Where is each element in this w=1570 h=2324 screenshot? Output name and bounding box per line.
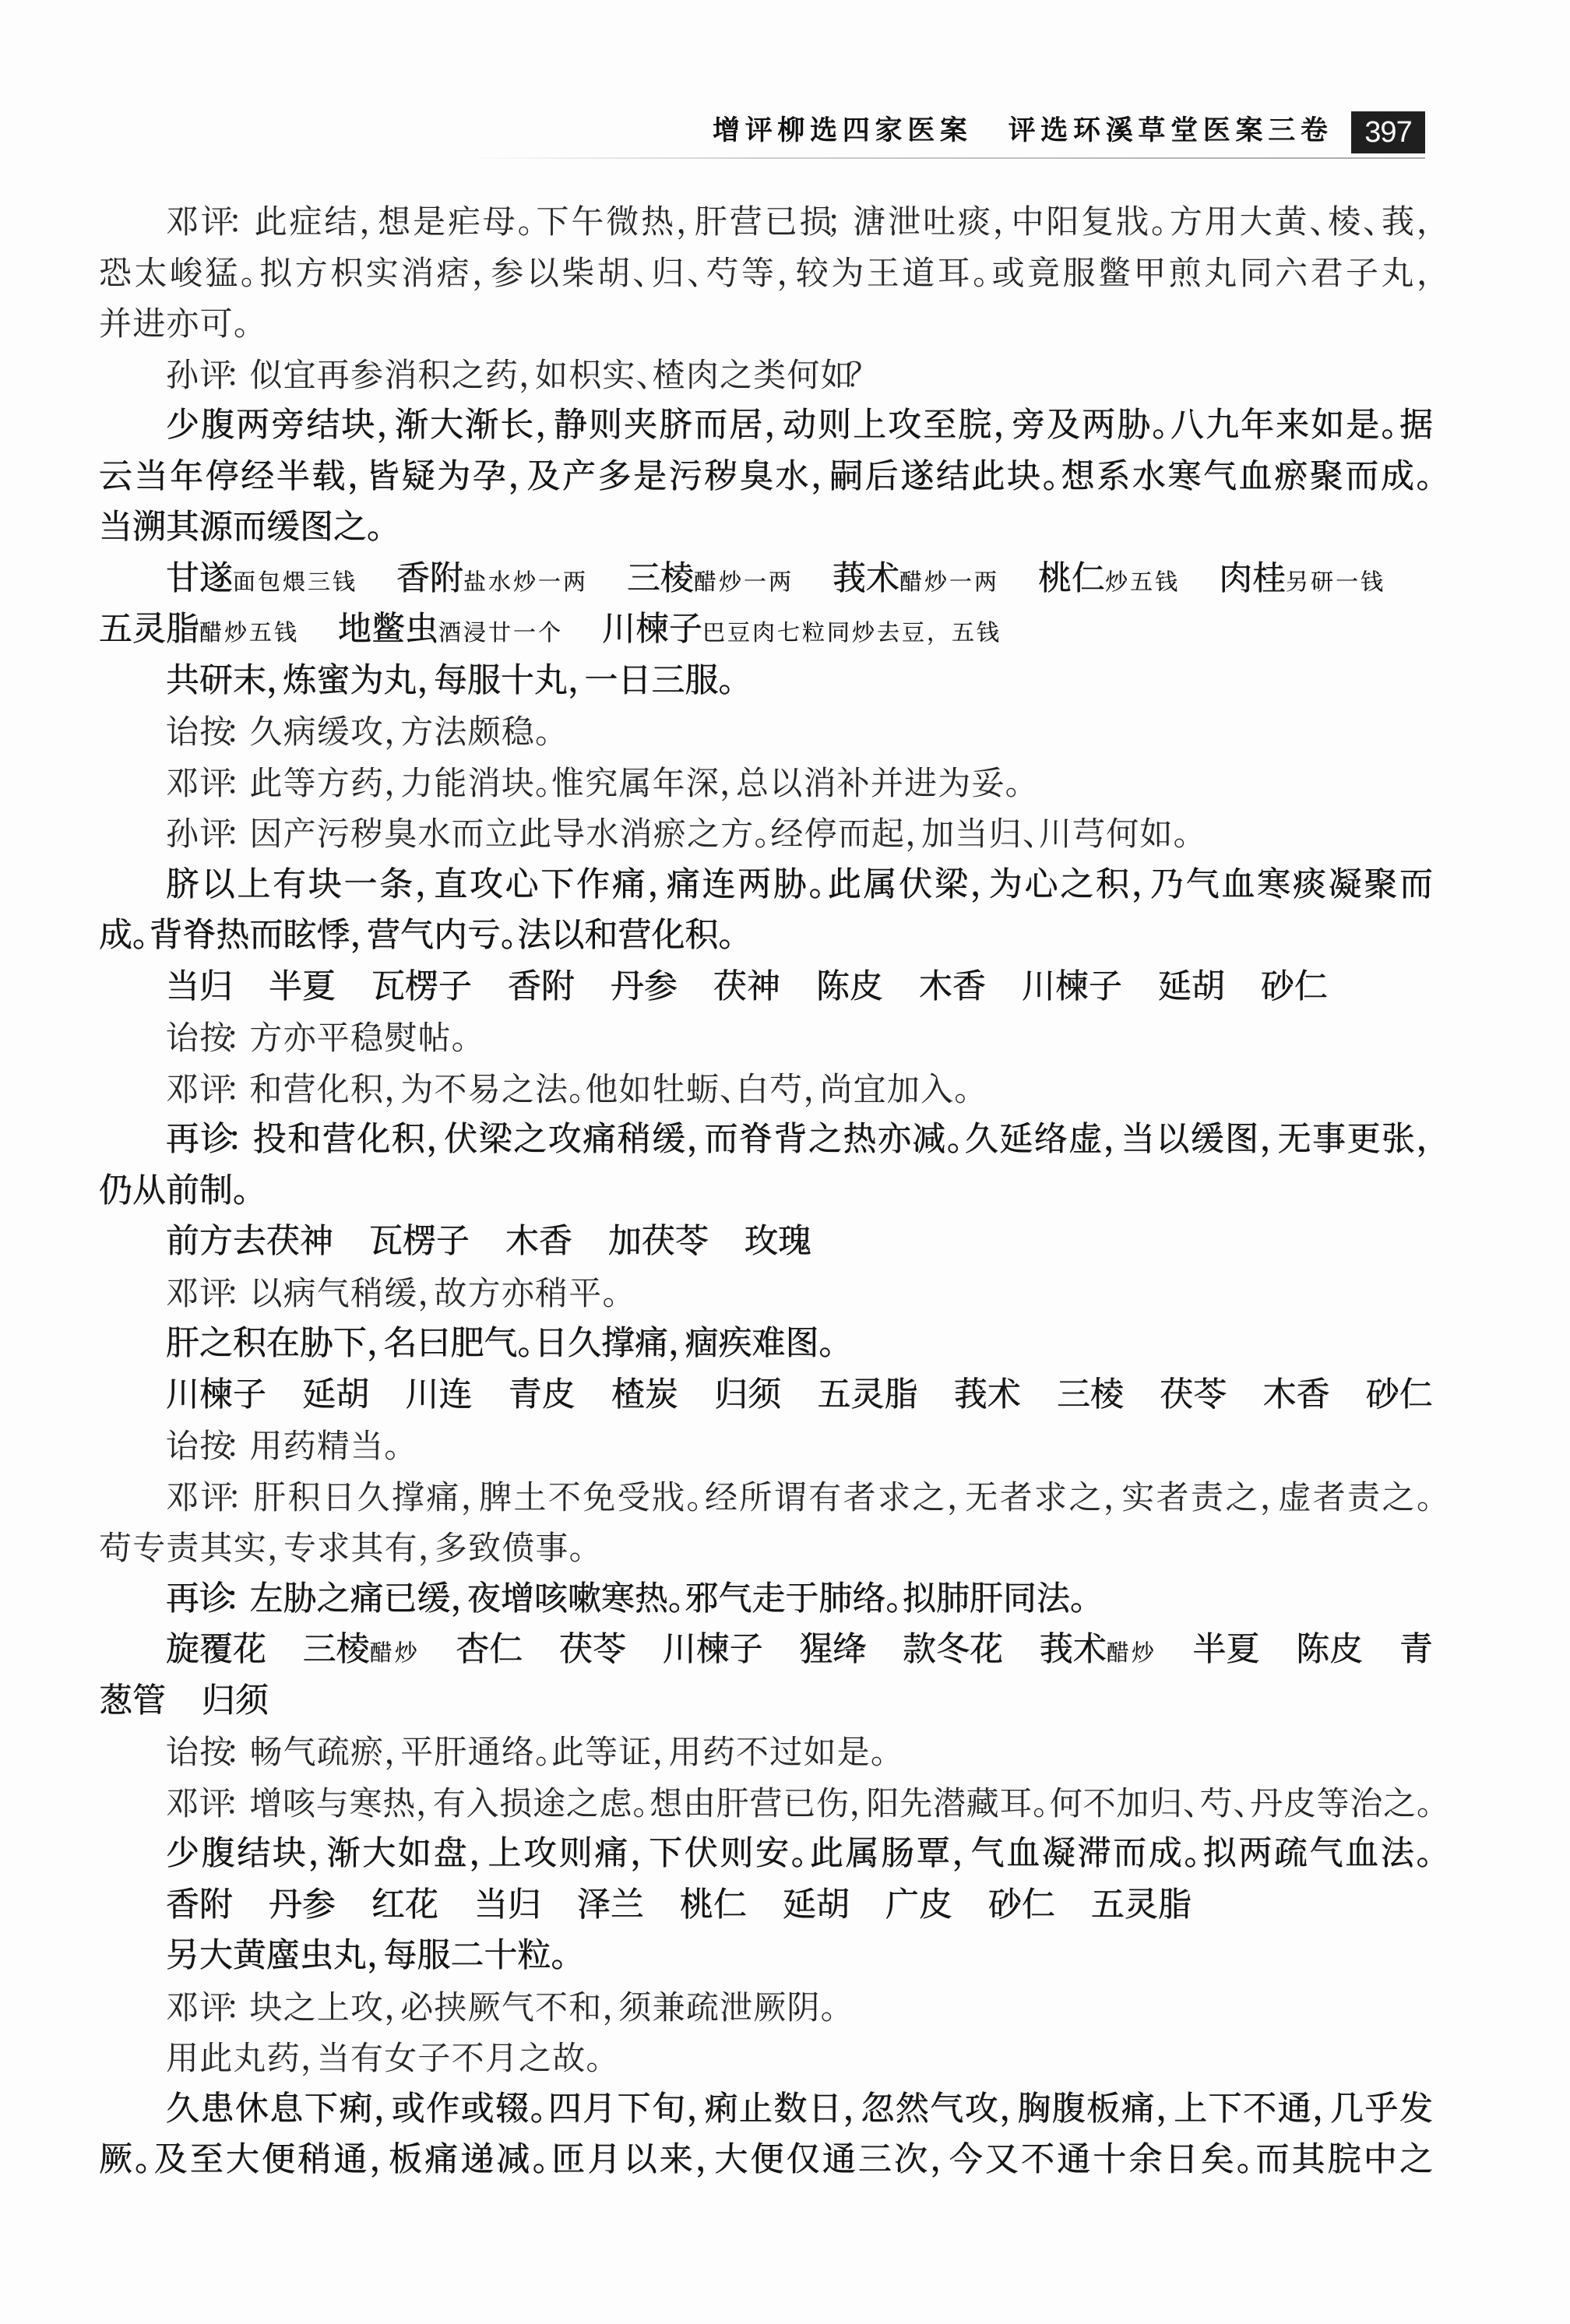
punctuation-mark: 。 [367, 502, 384, 554]
herb-item: 款冬花 [903, 1625, 1003, 1676]
punctuation-mark: ， [384, 706, 400, 758]
herb-item: 延胡 [302, 1370, 369, 1421]
header-rule [467, 157, 1425, 159]
herb-item: 莪术醋炒一两 [833, 554, 999, 608]
herb-preparation-note: 醋炒 [1107, 1639, 1156, 1666]
punctuation-mark: ， [367, 1319, 384, 1370]
punctuation-mark: 。 [1151, 196, 1167, 248]
punctuation-mark: ， [1104, 1472, 1120, 1523]
punctuation-mark: 。 [518, 1319, 535, 1370]
herb-item: 茯神 [713, 962, 780, 1013]
punctuation-mark: 。 [384, 1421, 400, 1472]
pill-instruction-line: 另大黄䗪虫丸，每服二十粒。 [99, 1931, 1433, 1982]
punctuation-mark: ， [384, 1727, 400, 1778]
herb-name: 肉桂 [1219, 559, 1286, 598]
punctuation-mark: 。 [551, 1931, 569, 1982]
herb-item: 加茯苓 [608, 1217, 709, 1268]
herb-name: 砂仁 [1366, 1375, 1433, 1414]
herb-name: 葱管 [99, 1681, 166, 1720]
punctuation-mark: 。 [533, 2135, 550, 2186]
herb-item: 三棱醋炒一两 [627, 554, 794, 608]
herb-item: 木香 [505, 1217, 572, 1268]
punctuation-mark: 。 [1033, 1778, 1049, 1829]
punctuation-mark: ： [233, 1727, 249, 1778]
deng-comment: 邓评：此症结，想是疟母。下午微热，肝营已损；溏泄吐痰，中阳复戕。方用大黄、棱、莪… [99, 196, 1433, 350]
punctuation-mark: 。 [1417, 1829, 1434, 1880]
herb-item: 半夏 [269, 962, 336, 1013]
herb-name: 川楝子 [663, 1630, 763, 1669]
follow-up-visit-line: 再诊：投和营化积，伏梁之攻痛稍缓，而脊背之热亦减。久延络虚，当以缓图，无事更张， [99, 1114, 1433, 1166]
punctuation-mark: 、 [687, 248, 703, 299]
punctuation-mark: ： [233, 1574, 250, 1625]
punctuation-mark: 。 [954, 1064, 970, 1115]
prescription-row: 当归 半夏 瓦楞子 香附 丹参 茯神 陈皮 木香 川楝子 延胡 砂仁 [99, 962, 1433, 1013]
herb-name: 青 [1399, 1630, 1433, 1669]
punctuation-mark: 、 [632, 248, 649, 299]
punctuation-mark: ， [1417, 1114, 1434, 1166]
section-title: 评选环溪草堂医案三卷 [1009, 115, 1333, 146]
herb-item: 莪术醋炒 [1040, 1625, 1156, 1679]
punctuation-mark: ： [233, 1778, 249, 1829]
herb-name: 香附 [508, 967, 575, 1006]
sun-comment-line: 孙评：似宜再参消积之药，如枳实、楂肉之类何如？ [99, 350, 1433, 401]
herb-item: 香附 [166, 1880, 233, 1931]
punctuation-mark: ， [776, 248, 793, 299]
comment-line: 用此丸药，当有女子不月之故。 [99, 2033, 1433, 2084]
herb-name: 川楝子 [1022, 967, 1122, 1006]
punctuation-mark: ： [233, 808, 249, 860]
punctuation-mark: 。 [530, 2084, 547, 2136]
herb-name: 川连 [406, 1375, 473, 1414]
herb-name: 半夏 [1193, 1630, 1260, 1669]
punctuation-mark: ， [535, 400, 552, 452]
punctuation-mark: 。 [241, 248, 257, 299]
punctuation-mark: ， [426, 1114, 443, 1166]
punctuation-mark: ， [472, 248, 488, 299]
herb-item: 砂仁 [988, 1880, 1055, 1931]
herb-name: 三棱 [303, 1630, 370, 1669]
punctuation-mark: ， [1260, 1472, 1276, 1523]
punctuation-mark: ， [843, 2084, 860, 2136]
herb-item: 前方去茯神 [166, 1217, 333, 1268]
punctuation-mark: ， [384, 1982, 400, 2033]
herb-item: 猩绛 [799, 1625, 866, 1676]
punctuation-mark: ， [416, 1778, 432, 1829]
herb-item: 木香 [1263, 1370, 1330, 1421]
prescription-modification-row: 前方去茯神 瓦楞子 木香 加茯苓 玫瑰 [99, 1217, 1433, 1268]
punctuation-mark: ， [687, 1114, 704, 1166]
prescription: 香附 丹参 红花 当归 泽兰 桃仁 延胡 广皮 砂仁 五灵脂 [99, 1880, 1433, 1931]
punctuation-mark: ， [1156, 2084, 1173, 2136]
punctuation-mark: ， [417, 656, 435, 707]
page-number-badge: 397 [1351, 111, 1425, 153]
punctuation-mark: 。 [602, 1268, 618, 1319]
running-header: 增评柳选四家医案评选环溪草堂医案三卷 [713, 110, 1333, 152]
herb-name: 莪术 [1040, 1630, 1107, 1669]
punctuation-mark: ， [417, 1268, 434, 1319]
herb-name: 砂仁 [1261, 967, 1328, 1006]
punctuation-mark: 。 [719, 910, 736, 962]
punctuation-mark: 。 [1185, 1829, 1202, 1880]
deng-comment-line: 邓评：以病气稍缓，故方亦稍平。 [99, 1268, 1433, 1319]
yi-annotation: 诒按：方亦平稳熨帖。 [99, 1012, 1433, 1064]
herb-name: 莪术 [833, 559, 899, 598]
herb-preparation-note: 醋炒五钱 [199, 619, 299, 646]
preparation-instruction-line: 共研末，炼蜜为丸，每服十丸，一日三服。 [99, 656, 1433, 707]
punctuation-mark: ， [1132, 860, 1149, 911]
herb-name: 青皮 [509, 1375, 576, 1414]
case-description-line: 少腹两旁结块，渐大渐长，静则夹脐而居，动则上攻至脘，旁及两胁。八九年来如是。据 [99, 400, 1433, 452]
punctuation-mark: 。 [871, 1727, 887, 1778]
herb-item: 丹参 [611, 962, 678, 1013]
punctuation-mark: 。 [586, 2033, 602, 2084]
herb-name: 前方去茯神 [166, 1222, 333, 1261]
punctuation-mark: ： [233, 1421, 249, 1472]
deng-comment: 邓评：块之上攻，必挟厥气不和，须兼疏泄厥阴。 [99, 1982, 1433, 2033]
yi-annotation: 诒按：用药精当。 [99, 1421, 1433, 1472]
punctuation-mark: 。 [947, 1114, 964, 1166]
punctuation-mark: 。 [668, 1574, 685, 1625]
prescription: 甘遂面包煨三钱 香附盐水炒一两 三棱醋炒一两 莪术醋炒一两 桃仁炒五钱 肉桂另研… [99, 554, 1433, 656]
punctuation-mark: ， [519, 350, 535, 401]
follow-up-visit: 再诊：左胁之痛已缓，夜增咳嗽寒热。邪气走于肺络。拟肺肝同法。 [99, 1574, 1433, 1625]
punctuation-mark: ， [970, 860, 987, 911]
follow-up-visit: 再诊：投和营化积，伏梁之攻痛稍缓，而脊背之热亦减。久延络虚，当以缓图，无事更张，… [99, 1114, 1433, 1217]
herb-name: 陈皮 [1296, 1630, 1363, 1669]
yi-annotation-line: 诒按：用药精当。 [99, 1421, 1433, 1472]
punctuation-mark: ， [993, 196, 1009, 248]
punctuation-mark: 。 [135, 2135, 152, 2186]
herb-name: 陈皮 [816, 967, 883, 1006]
herb-item: 瓦楞子 [371, 962, 472, 1013]
deng-comment-line: 邓评：肝积日久撑痛，脾土不免受戕。经所谓有者求之，无者求之，实者责之，虚者责之。 [99, 1472, 1433, 1523]
herb-name: 茯苓 [1160, 1375, 1227, 1414]
herb-name: 归须 [714, 1375, 781, 1414]
herb-item: 五灵脂 [818, 1370, 918, 1421]
punctuation-mark: ， [347, 452, 364, 503]
punctuation-mark: 、 [720, 1064, 736, 1115]
punctuation-mark: 。 [754, 808, 770, 860]
case-description-line: 厥。及至大便稍通，板痛递减。匝月以来，大便仅通三次，今又不通十余日矣。而其脘中之 [99, 2135, 1433, 2186]
punctuation-mark: 。 [518, 196, 534, 248]
herb-item: 川连 [406, 1370, 473, 1421]
herb-name: 砂仁 [988, 1886, 1055, 1924]
punctuation-mark: ， [415, 860, 432, 911]
herb-name: 木香 [919, 967, 986, 1006]
punctuation-mark: ， [266, 656, 283, 707]
case-description: 久患休息下痢，或作或辍。四月下旬，痢止数日，忽然气攻，胸腹板痛，上下不通，几乎发… [99, 2084, 1433, 2186]
punctuation-mark: 。 [973, 248, 989, 299]
herb-name: 茯神 [713, 967, 780, 1006]
punctuation-mark: ： [233, 1982, 249, 2033]
herb-item: 广皮 [885, 1880, 952, 1931]
case-description: 肝之积在胁下，名曰肥气。日久撑痛，痼疾难图。 [99, 1319, 1433, 1370]
herb-name: 加茯苓 [608, 1222, 709, 1261]
herb-item: 楂炭 [611, 1370, 678, 1421]
punctuation-mark: 、 [636, 350, 653, 401]
punctuation-mark: 、 [1233, 1778, 1249, 1829]
punctuation-mark: 。 [819, 1319, 836, 1370]
punctuation-mark: ： [233, 1064, 249, 1115]
punctuation-mark: ， [803, 1064, 819, 1115]
case-description-line: 云当年停经半载，皆疑为孕，及产多是污秽臭水，嗣后遂结此块。想系水寒气血瘀聚而成。 [99, 452, 1433, 503]
herb-item: 玫瑰 [745, 1217, 811, 1268]
herb-name: 三棱 [1057, 1375, 1124, 1414]
yi-annotation-line: 诒按：方亦平稳熨帖。 [99, 1012, 1433, 1064]
punctuation-mark: 。 [1417, 1472, 1433, 1523]
punctuation-mark: 。 [569, 1523, 586, 1574]
punctuation-mark: 。 [1043, 452, 1060, 503]
herb-item: 红花 [371, 1880, 438, 1931]
herb-name: 五灵脂 [99, 610, 199, 649]
punctuation-mark: 。 [535, 758, 551, 809]
herb-name: 当归 [166, 967, 233, 1006]
punctuation-mark: ， [1104, 1114, 1121, 1166]
herb-item: 归须 [714, 1370, 781, 1421]
herb-item: 三棱醋炒 [303, 1625, 420, 1679]
herb-name: 半夏 [269, 967, 336, 1006]
herb-name: 红花 [371, 1886, 438, 1924]
punctuation-mark: ， [850, 1778, 866, 1829]
herb-name: 延胡 [783, 1886, 850, 1924]
herb-item: 桃仁炒五钱 [1038, 554, 1180, 608]
punctuation-mark: ， [668, 1319, 685, 1370]
punctuation-mark: 、 [1023, 808, 1039, 860]
punctuation-mark: ： [235, 1114, 252, 1166]
punctuation-mark: 、 [1363, 196, 1379, 248]
deng-comment: 邓评：增咳与寒热，有入损途之虑。想由肝营已伤，阳先潜藏耳。何不加归、芍、丹皮等治… [99, 1778, 1433, 1829]
case-description-line: 当溯其源而缓图之。 [99, 502, 1433, 554]
prescription-modification: 前方去茯神 瓦楞子 木香 加茯苓 玫瑰 [99, 1217, 1433, 1268]
herb-item: 川楝子 [1022, 962, 1122, 1013]
punctuation-mark: ， [695, 2135, 713, 2186]
punctuation-mark: ： [233, 758, 249, 809]
herb-item: 三棱 [1057, 1370, 1124, 1421]
herb-preparation-note: 巴豆肉七粒同炒去豆，五钱 [702, 619, 1001, 646]
sun-comment: 孙评：似宜再参消积之药，如枳实、楂肉之类何如？ [99, 350, 1433, 401]
prescription: 川楝子 延胡 川连 青皮 楂炭 归须 五灵脂 莪术 三棱 茯苓 木香 砂仁 [99, 1370, 1433, 1421]
punctuation-mark: ， [308, 1829, 326, 1880]
yi-annotation: 诒按：畅气疏瘀，平肝通络。此等证，用药不过如是。 [99, 1727, 1433, 1778]
herb-name: 五灵脂 [818, 1375, 918, 1414]
deng-comment: 邓评：肝积日久撑痛，脾土不免受戕。经所谓有者求之，无者求之，实者责之，虚者责之。… [99, 1472, 1433, 1574]
punctuation-mark: ， [374, 2084, 391, 2136]
punctuation-mark: 。 [535, 706, 551, 758]
deng-comment: 邓评：和营化积，为不易之法。他如牡蛎、白芍，尚宜加入。 [99, 1064, 1433, 1115]
herb-item: 当归 [474, 1880, 541, 1931]
herb-item: 瓦楞子 [369, 1217, 470, 1268]
punctuation-mark: ， [952, 1829, 970, 1880]
yi-annotation: 诒按：久病缓攻，方法颇稳。 [99, 706, 1433, 758]
punctuation-mark: ， [418, 1523, 435, 1574]
herb-item: 川楝子 [166, 1370, 266, 1421]
herb-name: 丹参 [269, 1886, 336, 1924]
herb-item: 桃仁 [680, 1880, 747, 1931]
herb-name: 杏仁 [456, 1630, 523, 1669]
herb-item: 茯苓 [559, 1625, 626, 1676]
punctuation-mark: 。 [1417, 452, 1434, 503]
punctuation-mark: ， [370, 2135, 387, 2186]
punctuation-mark: 、 [1183, 1778, 1199, 1829]
deng-comment-line: 并进亦可。 [99, 298, 1433, 350]
herb-name: 瓦楞子 [371, 967, 472, 1006]
punctuation-mark: 。 [234, 298, 250, 350]
herb-item: 川楝子 [663, 1625, 763, 1676]
punctuation-mark: ， [508, 452, 525, 503]
comment: 用此丸药，当有女子不月之故。 [99, 2033, 1433, 2084]
case-description: 少腹两旁结块，渐大渐长，静则夹脐而居，动则上攻至脘，旁及两胁。八九年来如是。据 … [99, 400, 1433, 554]
punctuation-mark: ？ [854, 350, 871, 401]
punctuation-mark: ， [384, 1064, 400, 1115]
punctuation-mark: ， [568, 656, 585, 707]
herb-item: 陈皮 [1296, 1625, 1363, 1676]
deng-comment: 邓评：以病气稍缓，故方亦稍平。 [99, 1268, 1433, 1319]
punctuation-mark: 。 [632, 1778, 649, 1829]
follow-up-visit-line: 再诊：左胁之痛已缓，夜增咳嗽寒热。邪气走于肺络。拟肺肝同法。 [99, 1574, 1433, 1625]
punctuation-mark: ： [233, 350, 249, 401]
case-description-line: 少腹结块，渐大如盘，上攻则痛，下伏则安。此属肠覃，气血凝滞而成。拟两疏气血法。 [99, 1829, 1433, 1880]
herb-item: 杏仁 [456, 1625, 523, 1676]
punctuation-mark: 。 [1070, 1574, 1087, 1625]
punctuation-mark: 。 [791, 1829, 808, 1880]
punctuation-mark: ， [630, 1829, 647, 1880]
sun-comment-line: 孙评：因产污秽臭水而立此导水消瘀之方。经停而起，加当归、川芎何如。 [99, 808, 1433, 860]
herb-name: 茯苓 [559, 1630, 626, 1669]
herb-item: 砂仁 [1261, 962, 1328, 1013]
herb-name: 当归 [474, 1886, 541, 1924]
herb-item: 泽兰 [577, 1880, 644, 1931]
punctuation-mark: ： [233, 1012, 249, 1064]
herb-name: 莪术 [954, 1375, 1021, 1414]
prescription-row: 甘遂面包煨三钱 香附盐水炒一两 三棱醋炒一两 莪术醋炒一两 桃仁炒五钱 肉桂另研… [99, 554, 1433, 605]
punctuation-mark: 。 [687, 1472, 703, 1523]
herb-item: 香附盐水炒一两 [396, 554, 588, 608]
herb-name: 旋覆花 [166, 1630, 266, 1669]
punctuation-mark: ， [653, 1727, 669, 1778]
book-title: 增评柳选四家医案 [713, 115, 973, 146]
herb-item: 旋覆花 [166, 1625, 266, 1676]
punctuation-mark: ， [1312, 2084, 1329, 2136]
punctuation-mark: ， [350, 910, 368, 962]
punctuation-mark: ， [1260, 1114, 1277, 1166]
punctuation-mark: ， [687, 2084, 704, 2136]
punctuation-mark: 。 [501, 910, 518, 962]
punctuation-mark: ， [301, 2033, 317, 2084]
punctuation-mark: ， [1417, 248, 1433, 299]
herb-item: 延胡 [1158, 962, 1225, 1013]
punctuation-mark: 。 [233, 1166, 250, 1217]
herb-name: 款冬花 [903, 1630, 1003, 1669]
herb-name: 楂炭 [611, 1375, 678, 1414]
herb-item: 五灵脂 [1091, 1880, 1192, 1931]
punctuation-mark: 。 [1152, 400, 1169, 452]
herb-item: 延胡 [783, 1880, 850, 1931]
herb-preparation-note: 醋炒一两 [899, 569, 999, 595]
prescription-row: 五灵脂醋炒五钱 地鳖虫酒浸廿一个 川楝子巴豆肉七粒同炒去豆，五钱 [99, 604, 1433, 656]
pill-instruction: 另大黄䗪虫丸，每服二十粒。 [99, 1931, 1433, 1982]
punctuation-mark: ； [834, 196, 850, 248]
deng-comment-line: 邓评：此等方药，力能消块。惟究属年深，总以消补并进为妥。 [99, 758, 1433, 809]
punctuation-mark: 。 [809, 860, 826, 911]
herb-name: 香附 [396, 559, 463, 598]
herb-name: 三棱 [627, 559, 694, 598]
herb-item: 五灵脂醋炒五钱 [99, 604, 299, 659]
punctuation-mark: ： [236, 196, 252, 248]
punctuation-mark: ： [233, 706, 249, 758]
herb-name: 丹参 [611, 967, 678, 1006]
punctuation-mark: 。 [535, 1727, 551, 1778]
yi-annotation-line: 诒按：久病缓攻，方法颇稳。 [99, 706, 1433, 758]
herb-item: 莪术 [954, 1370, 1021, 1421]
punctuation-mark: ， [359, 196, 375, 248]
punctuation-mark: ， [602, 1982, 618, 2033]
punctuation-mark: 。 [1417, 1778, 1433, 1829]
prescription-row: 川楝子 延胡 川连 青皮 楂炭 归须 五灵脂 莪术 三棱 茯苓 木香 砂仁 [99, 1370, 1433, 1421]
deng-comment-line: 邓评：此症结，想是疟母。下午微热，肝营已损；溏泄吐痰，中阳复戕。方用大黄、棱、莪… [99, 196, 1433, 248]
punctuation-mark: ， [469, 1829, 486, 1880]
punctuation-mark: ： [235, 1472, 252, 1523]
follow-up-visit-line: 仍从前制。 [99, 1166, 1433, 1217]
herb-name: 川楝子 [166, 1375, 266, 1414]
herb-item: 茯苓 [1160, 1370, 1227, 1421]
deng-comment-line: 邓评：块之上攻，必挟厥气不和，须兼疏泄厥阴。 [99, 1982, 1433, 2033]
punctuation-mark: ， [676, 196, 692, 248]
prescription: 旋覆花 三棱醋炒 杏仁 茯苓 川楝子 猩绛 款冬花 莪术醋炒 半夏 陈皮 青 葱… [99, 1625, 1433, 1727]
herb-name: 桃仁 [680, 1886, 747, 1924]
deng-comment-line: 苟专责其实，专求其有，多致偾事。 [99, 1523, 1433, 1574]
herb-name: 木香 [1263, 1375, 1330, 1414]
punctuation-mark: ， [764, 400, 781, 452]
herb-name: 甘遂 [166, 559, 233, 598]
herb-name: 香附 [166, 1886, 233, 1924]
punctuation-mark: 。 [569, 1064, 585, 1115]
herb-name: 木香 [505, 1222, 572, 1261]
herb-name: 川楝子 [602, 610, 702, 649]
herb-item: 归须 [202, 1676, 269, 1727]
herb-name: 五灵脂 [1091, 1886, 1192, 1924]
deng-comment-line: 邓评：增咳与寒热，有入损途之虑。想由肝营已伤，阳先潜藏耳。何不加归、芍、丹皮等治… [99, 1778, 1433, 1829]
punctuation-mark: 。 [719, 656, 736, 707]
punctuation-mark: 。 [1005, 758, 1022, 809]
herb-name: 玫瑰 [745, 1222, 811, 1261]
punctuation-mark: ， [461, 1472, 477, 1523]
punctuation-mark: ， [947, 1472, 963, 1523]
punctuation-mark: ， [811, 452, 828, 503]
deng-comment: 邓评：此等方药，力能消块。惟究属年深，总以消补并进为妥。 [99, 758, 1433, 809]
herb-name: 猩绛 [799, 1630, 866, 1669]
herb-preparation-note: 炒五钱 [1105, 569, 1180, 595]
sun-comment: 孙评：因产污秽臭水而立此导水消瘀之方。经停而起，加当归、川芎何如。 [99, 808, 1433, 860]
case-description-line: 久患休息下痢，或作或辍。四月下旬，痢止数日，忽然气攻，胸腹板痛，上下不通，几乎发 [99, 2084, 1433, 2136]
herb-name: 广皮 [885, 1886, 952, 1924]
punctuation-mark: ， [930, 2135, 947, 2186]
herb-name: 地鳖虫 [338, 610, 438, 649]
deng-comment-line: 邓评：和营化积，为不易之法。他如牡蛎、白芍，尚宜加入。 [99, 1064, 1433, 1115]
punctuation-mark: 。 [1237, 2135, 1254, 2186]
case-description-line: 脐以上有块一条，直攻心下作痛，痛连两胁。此属伏梁，为心之积，乃气血寒痰凝聚而 [99, 860, 1433, 911]
herb-item: 砂仁 [1366, 1370, 1433, 1421]
herb-item: 甘遂面包煨三钱 [166, 554, 357, 608]
herb-preparation-note: 盐水炒一两 [463, 569, 588, 595]
punctuation-mark: 、 [1309, 196, 1325, 248]
herb-item: 肉桂另研一钱 [1219, 554, 1385, 608]
punctuation-mark: ， [451, 1574, 468, 1625]
punctuation-mark: 。 [821, 1982, 837, 2033]
punctuation-mark: ， [994, 400, 1011, 452]
herb-preparation-note: 另研一钱 [1286, 569, 1385, 595]
page-body: 邓评：此症结，想是疟母。下午微热，肝营已损；溏泄吐痰，中阳复戕。方用大黄、棱、莪… [99, 196, 1433, 2186]
punctuation-mark: ， [367, 1931, 384, 1982]
